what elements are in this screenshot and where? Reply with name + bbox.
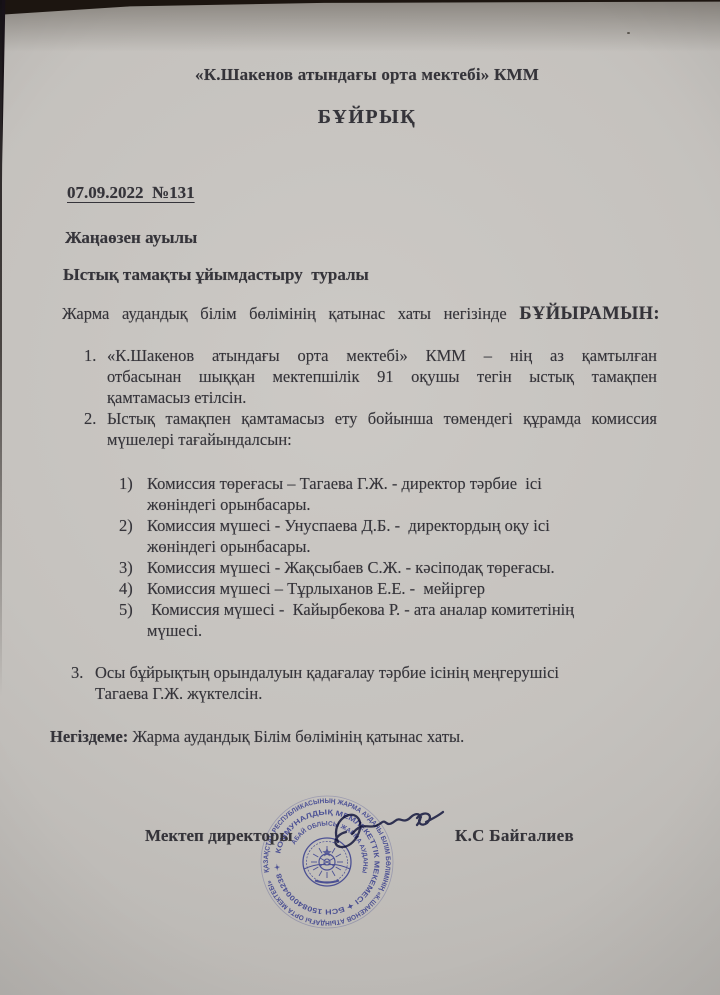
basis-line: Негіздеме: Жарма аудандық Білім бөліміні… [50,726,680,747]
commission-member-5: 5) Комиссия мүшесі - Кайырбекова Р. - ат… [147,599,652,641]
document-content: «К.Шакенов атындағы орта мектебі» КММ БҰ… [0,0,720,863]
preamble-text: Жарма аудандық білім бөлімінің қатынас х… [62,304,507,323]
commission-item-number: 5) [119,599,133,620]
commission-list: 1) Комиссия төреғасы – Тагаева Г.Ж. - ди… [147,473,720,641]
order-item-2: 2. Ыстық тамақпен қамтамасыз ету бойынша… [107,408,657,450]
commission-member-3: 3) Комиссия мүшесі - Жақсыбаев С.Ж. - кә… [147,557,652,578]
commission-member-4: 4) Комиссия мүшесі – Тұрлыханов Е.Е. - м… [147,578,652,599]
order-item-line: қамтамасыз етілсін. [107,387,657,408]
document-type-heading: БҰЙРЫҚ [0,107,720,128]
commission-item-line: Комиссия мүшесі - Кайырбекова Р. - ата а… [147,599,652,620]
preamble-emphasis: БҰЙЫРАМЫН: [519,304,660,324]
organization-title: «К.Шакенов атындағы орта мектебі» КММ [0,64,720,85]
commission-item-line: жөніндегі орынбасары. [147,536,652,557]
commission-member-2: 2) Комиссия мүшесі - Унуспаева Д.Б. - ди… [147,515,652,557]
place-line: Жаңаөзен ауылы [65,227,720,248]
order-item-number: 3. [71,662,83,683]
order-item-3: 3. Осы бұйрықтың орындалуын қадағалау тә… [95,662,655,704]
order-item-1: 1. «К.Шакенов атындағы орта мектебі» КММ… [107,345,657,408]
order-items-list: 1. «К.Шакенов атындағы орта мектебі» КММ… [0,345,720,450]
commission-item-line: Комиссия мүшесі - Жақсыбаев С.Ж. - кәсіп… [147,557,652,578]
basis-text: Жарма аудандық Білім бөлімінің қатынас х… [128,727,464,746]
preamble: Жарма аудандық білім бөлімінің қатынас х… [62,303,660,325]
commission-item-line: жөніндегі орынбасары. [147,494,652,515]
date-and-number: 07.09.2022 №131 [67,182,720,203]
order-item-line: отбасынан шыққан мектепшілік 91 оқушы те… [107,366,657,387]
commission-item-number: 1) [119,473,133,494]
photo-left-edge-line [0,0,2,995]
commission-item-line: Комиссия мүшесі – Тұрлыханов Е.Е. - мейі… [147,578,652,599]
basis-label: Негіздеме: [50,727,128,746]
document-photo: ҚАЗАҚСТАН РЕСПУБЛИКАСЫНЫҢ ЖАРМА АУДАНЫ Б… [0,0,720,995]
commission-item-number: 3) [119,557,133,578]
subject-line: Ыстық тамақты ұйымдастыру туралы [63,264,720,285]
commission-item-line: мүшесі. [147,620,652,641]
order-item-number: 1. [84,345,96,366]
order-item-number: 2. [84,408,96,429]
order-item-line: Осы бұйрықтың орындалуын қадағалау тәрби… [95,662,655,683]
commission-item-number: 4) [119,578,133,599]
commission-item-line: Комиссия мүшесі - Унуспаева Д.Б. - дирек… [147,515,652,536]
commission-item-number: 2) [119,515,133,536]
signature-role: Мектеп директоры [145,825,293,846]
order-item-line: мүшелері тағайындалсын: [107,429,657,450]
paper-speck [627,32,630,34]
commission-member-1: 1) Комиссия төреғасы – Тагаева Г.Ж. - ди… [147,473,652,515]
order-item-line: Ыстық тамақпен қамтамасыз ету бойынша тө… [107,408,657,429]
signature-name: К.С Байгалиев [455,825,574,846]
order-item-line: «К.Шакенов атындағы орта мектебі» КММ – … [107,345,657,366]
order-item-line: Тагаева Г.Ж. жүктелсін. [95,683,655,704]
director-signature [322,802,452,866]
commission-item-line: Комиссия төреғасы – Тагаева Г.Ж. - дирек… [147,473,652,494]
